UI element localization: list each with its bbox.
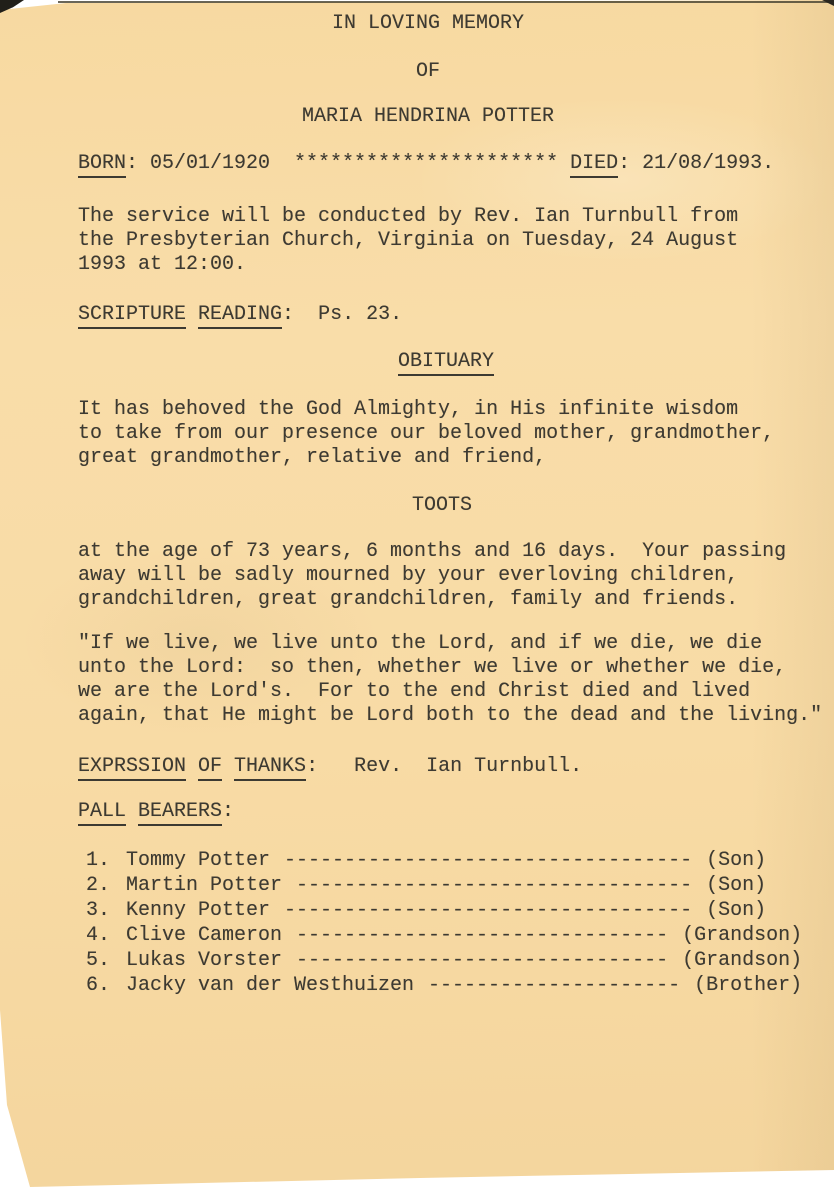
pall-bearer-name: Jacky van der Westhuizen: [126, 973, 414, 998]
pall-bearer-row-6: 6. Jacky van der Westhuizen ------------…: [86, 973, 778, 998]
pall-bearer-row-3: 3. Kenny Potter ------------------------…: [86, 898, 778, 923]
pall-bearer-number: 3.: [86, 898, 112, 923]
dates-gap: [558, 152, 570, 175]
thanks-colon: :: [306, 755, 318, 778]
nickname-heading: TOOTS: [92, 494, 792, 518]
pall-bearer-row-2: 2. Martin Potter -----------------------…: [86, 873, 778, 898]
service-paragraph: The service will be conducted by Rev. Ia…: [78, 205, 778, 277]
deceased-name: MARIA HENDRINA POTTER: [78, 105, 778, 129]
dash-leader: ----------------------------------: [284, 898, 692, 923]
obituary-heading: OBITUARY: [96, 350, 796, 374]
thanks-value: Rev. Ian Turnbull.: [318, 755, 582, 778]
scripture-quote-paragraph: "If we live, we live unto the Lord, and …: [78, 632, 778, 728]
dash-leader: -------------------------------: [296, 923, 668, 948]
dates-line: BORN: 05/01/1920 ********************** …: [78, 152, 778, 176]
pall-bearer-name: Clive Cameron: [126, 923, 282, 948]
born-label: BORN: [78, 152, 126, 178]
pall-bearer-row-5: 5. Lukas Vorster -----------------------…: [86, 948, 778, 973]
memorial-program: IN LOVING MEMORY OF MARIA HENDRINA POTTE…: [78, 0, 778, 998]
born-value: : 05/01/1920: [126, 152, 294, 175]
scripture-label-word1: SCRIPTURE: [78, 303, 186, 329]
pall-bearer-role: (Son): [706, 898, 766, 923]
asterisk-separator: **********************: [294, 152, 558, 175]
pall-bearer-role: (Son): [706, 873, 766, 898]
pall-bearers-heading: PALLBEARERS:: [78, 800, 778, 824]
expression-of-thanks-line: EXPRSSIONOFTHANKS: Rev. Ian Turnbull.: [78, 755, 778, 779]
thanks-label-word3: THANKS: [234, 755, 306, 781]
dash-leader: -------------------------------: [296, 948, 668, 973]
pall-bearer-name: Tommy Potter: [126, 848, 270, 873]
died-label: DIED: [570, 152, 618, 178]
scripture-reading-line: SCRIPTUREREADING: Ps. 23.: [78, 303, 778, 327]
pall-bearer-role: (Grandson): [682, 923, 802, 948]
pall-bearers-word2: BEARERS: [138, 800, 222, 826]
dash-leader: ---------------------: [428, 973, 680, 998]
pall-bearers-list: 1. Tommy Potter ------------------------…: [86, 848, 778, 998]
pall-bearer-role: (Son): [706, 848, 766, 873]
pall-bearers-word1: PALL: [78, 800, 126, 826]
pall-bearer-name: Martin Potter: [126, 873, 282, 898]
scripture-value: Ps. 23.: [294, 303, 402, 326]
dash-leader: ---------------------------------: [296, 873, 692, 898]
pall-bearer-number: 6.: [86, 973, 112, 998]
pall-bearer-row-4: 4. Clive Cameron -----------------------…: [86, 923, 778, 948]
pall-bearer-role: (Brother): [694, 973, 802, 998]
pall-bearer-name: Kenny Potter: [126, 898, 270, 923]
scripture-colon: :: [282, 303, 294, 326]
died-value: : 21/08/1993.: [618, 152, 774, 175]
thanks-label-word1: EXPRSSION: [78, 755, 186, 781]
thanks-label-word2: OF: [198, 755, 222, 781]
memorial-title-line2: OF: [78, 60, 778, 84]
pall-bearer-number: 5.: [86, 948, 112, 973]
pall-bearer-row-1: 1. Tommy Potter ------------------------…: [86, 848, 778, 873]
pall-bearer-number: 2.: [86, 873, 112, 898]
obituary-paragraph: It has behoved the God Almighty, in His …: [78, 398, 778, 470]
dash-leader: ----------------------------------: [284, 848, 692, 873]
pall-bearers-colon: :: [222, 800, 234, 823]
obituary-heading-text: OBITUARY: [398, 350, 494, 376]
pall-bearer-number: 1.: [86, 848, 112, 873]
memorial-title-line1: IN LOVING MEMORY: [78, 12, 778, 36]
pall-bearer-name: Lukas Vorster: [126, 948, 282, 973]
pall-bearer-role: (Grandson): [682, 948, 802, 973]
scripture-label-word2: READING: [198, 303, 282, 329]
age-paragraph: at the age of 73 years, 6 months and 16 …: [78, 540, 778, 612]
pall-bearer-number: 4.: [86, 923, 112, 948]
